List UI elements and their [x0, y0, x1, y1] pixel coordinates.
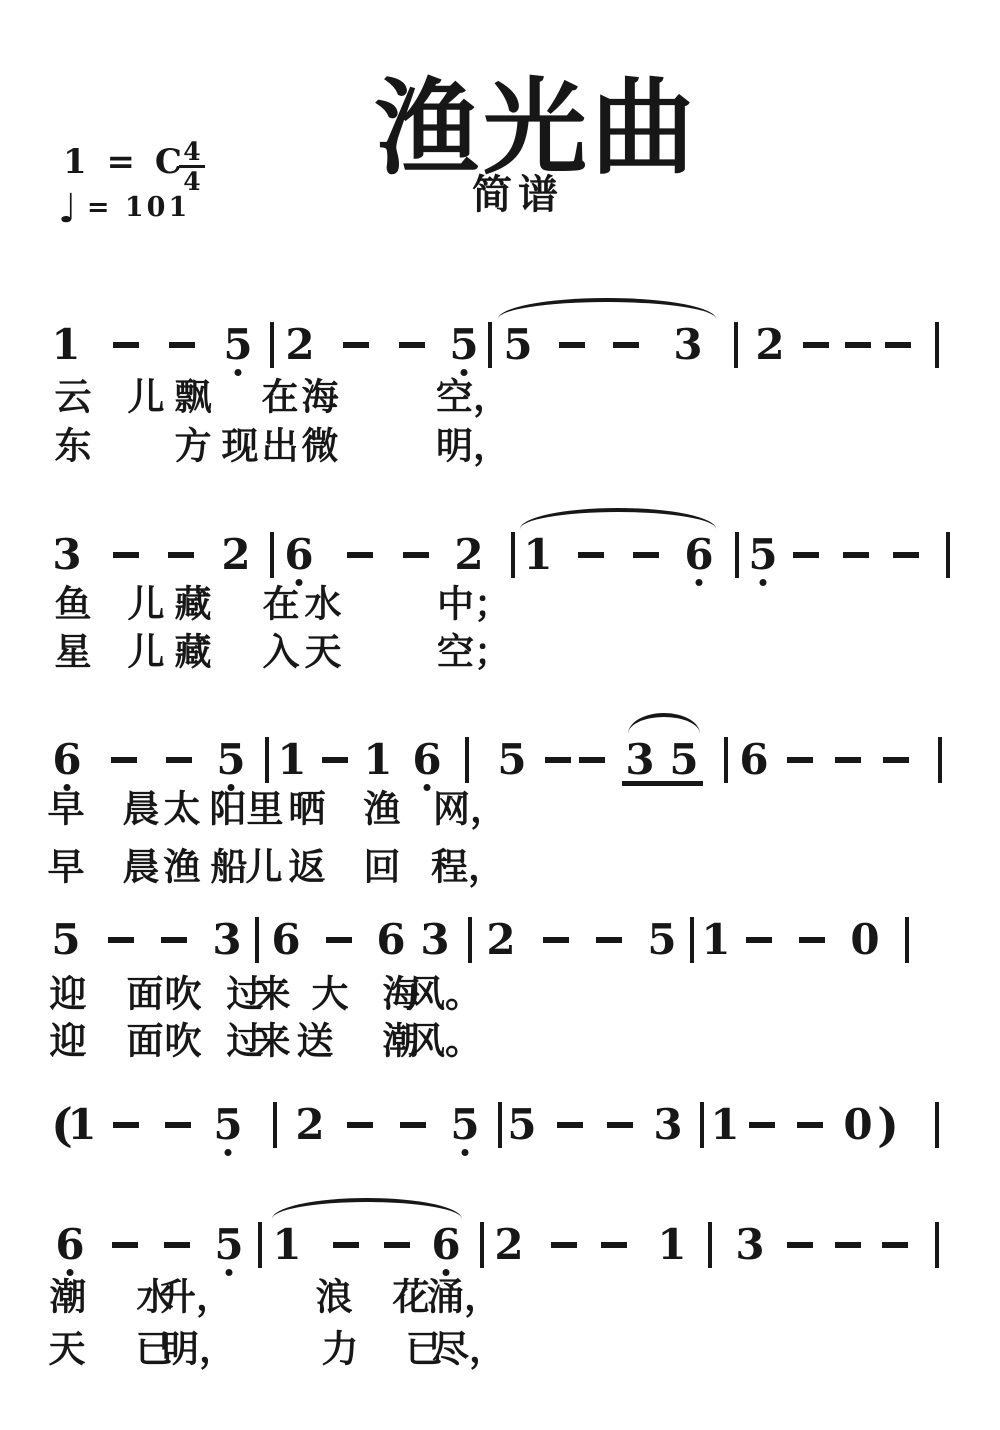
note-3: 3: [735, 1224, 764, 1266]
note-5: 5: [503, 324, 532, 366]
lyric-syllable: 程，: [431, 850, 505, 887]
lyric-syllable: 涌，: [427, 1280, 501, 1317]
dash-prolongation: [113, 552, 139, 558]
lyric-syllable: 花: [393, 1280, 430, 1317]
barline: [511, 532, 515, 578]
note-6: 6: [431, 1224, 460, 1266]
barline: [488, 322, 492, 368]
dash-prolongation: [882, 1242, 908, 1248]
lyric-syllable: 船: [211, 850, 248, 887]
lyric-syllable: 渔: [164, 850, 201, 887]
note-5: 5: [748, 534, 777, 576]
barline: [935, 1222, 939, 1268]
lyric-syllable: 面: [127, 977, 164, 1014]
lyric-syllable: 浪: [316, 1280, 353, 1317]
dash-prolongation: [333, 1242, 359, 1248]
barline: [734, 322, 738, 368]
dash-prolongation: [793, 552, 819, 558]
low-octave-dot: [461, 369, 468, 376]
dash-prolongation: [633, 552, 659, 558]
low-octave-dot: [235, 369, 242, 376]
eighth-beam: [622, 781, 703, 786]
lyric-syllable: 吹: [165, 977, 202, 1014]
barline: [690, 917, 694, 963]
note-6: 6: [412, 739, 441, 781]
low-octave-dot: [760, 579, 767, 586]
barline: [468, 917, 472, 963]
dash-prolongation: [111, 757, 137, 763]
slur-arc: [628, 713, 700, 734]
dash-prolongation: [835, 1242, 861, 1248]
note-1: 1: [272, 1224, 301, 1266]
note-6: 6: [52, 739, 81, 781]
note-1: 1: [363, 739, 392, 781]
dash-prolongation: [787, 757, 813, 763]
dash-prolongation: [885, 342, 911, 348]
dash-prolongation: [326, 937, 352, 943]
note-1: 1: [710, 1104, 739, 1146]
low-octave-dot: [443, 1269, 450, 1276]
note-2: 2: [285, 324, 314, 366]
dash-prolongation: [845, 342, 871, 348]
barline: [265, 737, 269, 783]
barline: [735, 532, 739, 578]
lyric-syllable: 面: [127, 1024, 164, 1061]
barline: [700, 1102, 704, 1148]
dash-prolongation: [746, 937, 772, 943]
score: 1525532云儿飘在海空，东方现出微明，3262165鱼儿藏在水中；星儿藏入天…: [0, 0, 1000, 1430]
note-6: 6: [284, 534, 313, 576]
lyric-syllable: 潮: [50, 1280, 87, 1317]
lyric-syllable: 回: [364, 850, 401, 887]
lyric-syllable: 中；: [437, 587, 511, 624]
note-5: 5: [497, 739, 526, 781]
note-1: 1: [67, 1104, 96, 1146]
note-5: 5: [51, 919, 80, 961]
note-2: 2: [486, 919, 515, 961]
lyric-syllable: 明，: [162, 1332, 236, 1369]
low-octave-dot: [424, 784, 431, 791]
note-0: 0: [850, 919, 879, 961]
lyric-syllable: 在: [262, 380, 299, 417]
low-octave-dot: [462, 1149, 469, 1156]
lyric-syllable: 晨: [123, 850, 160, 887]
note-5: 5: [213, 1104, 242, 1146]
dash-prolongation: [543, 937, 569, 943]
dash-prolongation: [579, 757, 605, 763]
lyric-syllable: 微: [302, 429, 339, 466]
lyric-syllable: 东: [55, 429, 92, 466]
lyric-syllable: 力: [322, 1332, 359, 1369]
dash-prolongation: [399, 342, 425, 348]
dash-prolongation: [113, 342, 139, 348]
dash-prolongation: [607, 1122, 633, 1128]
barline: [905, 917, 909, 963]
lyric-syllable: 送: [297, 1024, 334, 1061]
dash-prolongation: [347, 1122, 373, 1128]
dash-prolongation: [749, 1122, 775, 1128]
dash-prolongation: [601, 1242, 627, 1248]
slur-arc: [520, 508, 716, 529]
dash-prolongation: [161, 937, 187, 943]
lyric-syllable: 网，: [433, 792, 507, 829]
lyric-syllable: 早: [48, 850, 85, 887]
barline: [946, 532, 950, 578]
note-5: 5: [450, 1104, 479, 1146]
note-1: 1: [701, 919, 730, 961]
lyric-syllable: 入: [263, 635, 300, 672]
lyric-syllable: 方: [175, 429, 212, 466]
lyric-syllable: 出: [262, 429, 299, 466]
note-6: 6: [55, 1224, 84, 1266]
barline: [708, 1222, 712, 1268]
note-3: 3: [212, 919, 241, 961]
note-3: 3: [420, 919, 449, 961]
dash-prolongation: [347, 552, 373, 558]
dash-prolongation: [551, 1242, 577, 1248]
lyric-syllable: 藏: [175, 635, 212, 672]
note-2: 2: [755, 324, 784, 366]
dash-prolongation: [557, 1122, 583, 1128]
barline: [255, 917, 259, 963]
barline: [498, 1102, 502, 1148]
note-2: 2: [295, 1104, 324, 1146]
dash-prolongation: [578, 552, 604, 558]
low-octave-dot: [226, 1269, 233, 1276]
lyric-syllable: 天: [49, 1332, 86, 1369]
dash-prolongation: [787, 1242, 813, 1248]
lyric-syllable: 儿: [128, 587, 165, 624]
sheet-music-page: 渔光曲 简谱 1 = C 4 4 ♩ = 101 1525532云儿飘在海空，东…: [0, 0, 1000, 1430]
note-5: 5: [507, 1104, 536, 1146]
lyric-syllable: 风。: [408, 977, 482, 1014]
dash-prolongation: [799, 937, 825, 943]
barline: [724, 737, 728, 783]
dash-prolongation: [112, 1242, 138, 1248]
lyric-syllable: 星: [55, 635, 92, 672]
note-1: 1: [657, 1224, 686, 1266]
dash-prolongation: [165, 1122, 191, 1128]
lyric-syllable: 空；: [437, 635, 511, 672]
note-5: 5: [223, 324, 252, 366]
note-5: 5: [214, 1224, 243, 1266]
lyric-syllable: 水: [305, 587, 342, 624]
lyric-syllable: 藏: [175, 587, 212, 624]
barline: [935, 322, 939, 368]
dash-prolongation: [113, 1122, 139, 1128]
lyric-syllable: 晨: [123, 792, 160, 829]
lyric-syllable: 天: [305, 635, 342, 672]
lyric-syllable: 儿: [128, 635, 165, 672]
lyric-syllable: 鱼: [55, 587, 92, 624]
lyric-syllable: 早: [48, 792, 85, 829]
dash-prolongation: [343, 342, 369, 348]
note-2: 2: [454, 534, 483, 576]
note-6: 6: [684, 534, 713, 576]
note-1: 1: [523, 534, 552, 576]
note-5: 5: [647, 919, 676, 961]
note-6: 6: [739, 739, 768, 781]
barline: [270, 322, 274, 368]
dash-prolongation: [613, 342, 639, 348]
note-1: 1: [277, 739, 306, 781]
barline: [938, 737, 942, 783]
low-octave-dot: [696, 579, 703, 586]
barline: [935, 1102, 939, 1148]
dash-prolongation: [883, 757, 909, 763]
dash-prolongation: [322, 757, 348, 763]
lyric-syllable: 尽，: [432, 1332, 506, 1369]
dash-prolongation: [403, 552, 429, 558]
lyric-syllable: 升，: [159, 1280, 233, 1317]
low-octave-dot: [67, 1269, 74, 1276]
note-3: 3: [625, 739, 654, 781]
lyric-syllable: 风。: [408, 1024, 482, 1061]
dash-prolongation: [384, 1242, 410, 1248]
dash-prolongation: [835, 757, 861, 763]
dash-prolongation: [545, 757, 571, 763]
dash-prolongation: [797, 1122, 823, 1128]
note-5: 5: [449, 324, 478, 366]
lyric-syllable: 儿: [128, 380, 165, 417]
note-6: 6: [376, 919, 405, 961]
note-3: 3: [653, 1104, 682, 1146]
note-5: 5: [669, 739, 698, 781]
lyric-syllable: 云: [55, 380, 92, 417]
lyric-syllable: 在: [263, 587, 300, 624]
lyric-syllable: 明，: [436, 429, 510, 466]
lyric-syllable: 太: [164, 792, 201, 829]
lyric-syllable: 飘: [175, 380, 212, 417]
dash-prolongation: [893, 552, 919, 558]
dash-prolongation: [169, 342, 195, 348]
lyric-syllable: 晒: [289, 792, 326, 829]
slur-arc: [272, 1198, 462, 1219]
lyric-syllable: 渔: [364, 792, 401, 829]
lyric-syllable: 里: [247, 792, 284, 829]
lyric-syllable: 迎: [50, 977, 87, 1014]
lyric-syllable: 来: [254, 977, 291, 1014]
lyric-syllable: 儿: [246, 850, 283, 887]
note-3: 3: [673, 324, 702, 366]
lyric-syllable: 空，: [436, 380, 510, 417]
dash-prolongation: [164, 1242, 190, 1248]
note-3: 3: [52, 534, 81, 576]
dash-prolongation: [559, 342, 585, 348]
paren-close: ): [877, 1102, 899, 1148]
dash-prolongation: [168, 552, 194, 558]
lyric-syllable: 来: [254, 1024, 291, 1061]
lyric-syllable: 阳: [210, 792, 247, 829]
barline: [270, 532, 274, 578]
note-2: 2: [494, 1224, 523, 1266]
lyric-syllable: 返: [289, 850, 326, 887]
lyric-syllable: 大: [312, 977, 349, 1014]
barline: [465, 737, 469, 783]
lyric-syllable: 现: [222, 429, 259, 466]
barline: [273, 1102, 277, 1148]
lyric-syllable: 迎: [50, 1024, 87, 1061]
barline: [258, 1222, 262, 1268]
dash-prolongation: [108, 937, 134, 943]
dash-prolongation: [803, 342, 829, 348]
note-1: 1: [51, 324, 80, 366]
lyric-syllable: 吹: [165, 1024, 202, 1061]
dash-prolongation: [400, 1122, 426, 1128]
barline: [480, 1222, 484, 1268]
dash-prolongation: [843, 552, 869, 558]
note-2: 2: [221, 534, 250, 576]
note-6: 6: [271, 919, 300, 961]
lyric-syllable: 海: [302, 380, 339, 417]
low-octave-dot: [225, 1149, 232, 1156]
note-0: 0: [843, 1104, 872, 1146]
dash-prolongation: [166, 757, 192, 763]
dash-prolongation: [596, 937, 622, 943]
slur-arc: [498, 298, 716, 319]
note-5: 5: [216, 739, 245, 781]
